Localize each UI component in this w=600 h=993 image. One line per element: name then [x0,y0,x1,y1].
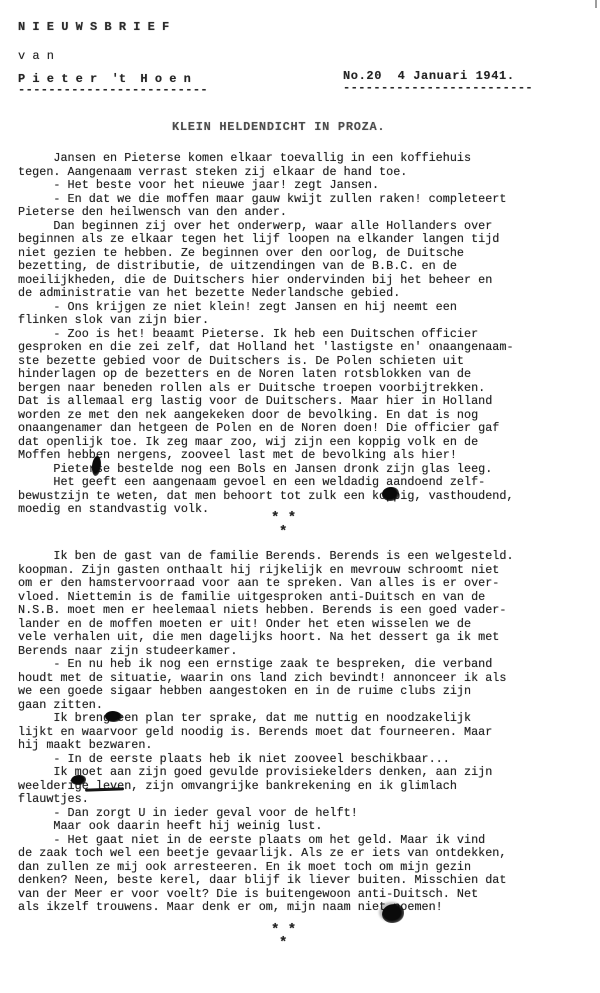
text-line: Het geeft een aangenaam gevoel en een we… [18,476,514,490]
text-line: Berends naar zijn studeerkamer. [18,645,514,659]
text-line: Ik breng een plan ter sprake, dat me nut… [18,712,514,726]
text-line: - En nu heb ik nog een ernstige zaak te … [18,658,514,672]
text-line: onaangenamer dan hetgeen de Polen en de … [18,422,514,436]
text-line: moeilijkheden, die de Duitschers hier on… [18,274,514,288]
asterisk-separator-bottom: * [279,937,287,950]
text-line: koopman. Zijn gasten onthaalt hij rijkel… [18,564,514,578]
text-line: Ik ben de gast van de familie Berends. B… [18,550,514,564]
text-line: dat openlijk toe. Ik zeg maar zoo, wij z… [18,436,514,450]
text-line: Dat is allemaal erg lastig voor de Duits… [18,395,514,409]
text-line: hij maakt bezwaren. [18,739,514,753]
text-line: - Het gaat niet in de eerste plaats om h… [18,834,514,848]
text-line: lander en de moffen moeten er uit! Onder… [18,618,514,632]
text-line: we een goede sigaar hebben aangestoken e… [18,685,514,699]
newsletter-title: N I E U W S B R I E F [18,21,169,34]
text-line: de administratie van het bezette Nederla… [18,287,514,301]
text-line: - En dat we die moffen maar gauw kwijt z… [18,193,514,207]
text-line: gesproken en die zei zelf, dat Holland h… [18,341,514,355]
author-underline: ------------------------- [18,84,208,96]
ink-blot [382,904,404,923]
text-line: beginnen als ze elkaar tegen het lijf lo… [18,233,514,247]
text-line: N.S.B. moet men er heelemaal niets hebbe… [18,604,514,618]
ink-blot [71,775,86,785]
ink-blot [105,711,122,722]
text-line: denken? Neen, beste kerel, daar blijf ik… [18,874,514,888]
text-line: houdt met de situatie, waarin ons land z… [18,672,514,686]
newsletter-page: N I E U W S B R I E F v a n P i e t e r … [0,0,600,993]
text-line: hinderlagen op de bezetters en de Noren … [18,368,514,382]
text-line: Jansen en Pieterse komen elkaar toevalli… [18,152,514,166]
text-line: de zaak toch wel een beetje gevaarlijk. … [18,847,514,861]
text-line: als ikzelf trouwens. Maar denk er om, mi… [18,901,514,915]
text-line: - Ons krijgen ze niet klein! zegt Jansen… [18,301,514,315]
text-line: Pieterse den heilwensch van den ander. [18,206,514,220]
text-line: - Het beste voor het nieuwe jaar! zegt J… [18,179,514,193]
text-line: gaan zitten. [18,699,514,713]
text-line: van der Meer er voor voelt? Die is buite… [18,888,514,902]
text-line: flinken slok van zijn bier. [18,314,514,328]
text-line: flauwtjes. [18,793,514,807]
newsletter-byline-van: v a n [18,50,54,63]
text-line: bergen naar beneden rollen als er Duitsc… [18,382,514,396]
text-line: Ik moet aan zijn goed gevulde provisieke… [18,766,514,780]
text-line: vloed. Niettemin is de familie uitgespro… [18,591,514,605]
article-section-2: Ik ben de gast van de familie Berends. B… [18,550,514,915]
text-line: lijkt en waarvoor geld noodig is. Berend… [18,726,514,740]
text-line: moedig en standvastig volk. [18,503,514,517]
ink-blot [382,487,399,501]
text-line: bezetting, de distributie, de uitzending… [18,260,514,274]
text-line: - In de eerste plaats heb ik niet zoovee… [18,753,514,767]
text-line: tegen. Aangenaam verrast steken zij elka… [18,166,514,180]
article-title: KLEIN HELDENDICHT IN PROZA. [172,120,385,134]
text-line: om er den hamstervoorraad voor aan te sp… [18,577,514,591]
text-line: Dan beginnen zij over het onderwerp, waa… [18,220,514,234]
text-line: - Dan zorgt U in ieder geval voor de hel… [18,807,514,821]
text-line: - Zoo is het! beaamt Pieterse. Ik heb ee… [18,328,514,342]
text-line: ste bezette gebied voor de Duitschers is… [18,355,514,369]
text-line: niet gezien te hebben. Ze beginnen over … [18,247,514,261]
text-line: worden ze met den nek aangekeken door de… [18,409,514,423]
scan-edge-artifact [595,0,597,8]
text-line: dan zullen ze mij ook arresteeren. En ik… [18,861,514,875]
text-line: bewustzijn te weten, dat men behoort tot… [18,490,514,504]
asterisk-separator-bottom: * [279,526,287,539]
text-line: vele verhalen uit, die men dagelijks hoo… [18,631,514,645]
text-line: Maar ook daarin heeft hij weinig lust. [18,820,514,834]
issue-underline: ------------------------- [343,82,533,94]
